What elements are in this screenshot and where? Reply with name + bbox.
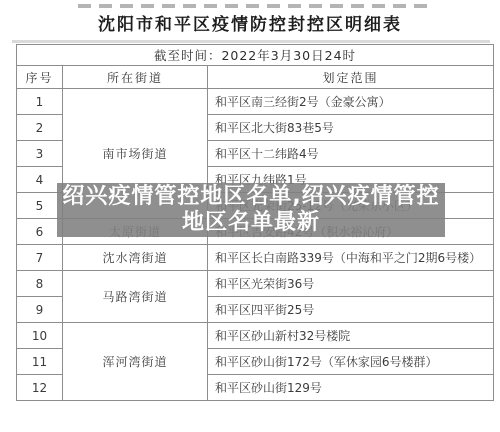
table-row: 1南市场街道和平区南三经街2号（金豪公寓） bbox=[17, 89, 494, 115]
range-cell: 和平区十二纬路4号 bbox=[208, 141, 494, 167]
row-index-cell: 8 bbox=[17, 271, 63, 297]
table-body: 1南市场街道和平区南三经街2号（金豪公寓）2和平区北大街83巷5号3和平区十二纬… bbox=[17, 89, 494, 401]
range-cell: 和平区四平街25号 bbox=[208, 297, 494, 323]
watermark-line2: 地区名单最新 bbox=[57, 210, 445, 236]
row-index-cell: 7 bbox=[17, 245, 63, 271]
range-cell: 和平区光荣街36号 bbox=[208, 271, 494, 297]
cropped-text-artifact bbox=[78, 4, 434, 8]
page-title: 沈阳市和平区疫情防控封控区明细表 bbox=[0, 10, 500, 35]
row-index-cell: 1 bbox=[17, 89, 63, 115]
range-cell: 和平区长白南路339号（中海和平之门2期6号楼） bbox=[208, 245, 494, 271]
watermark-overlay: 绍兴疫情管控地区名单,绍兴疫情管控 地区名单最新 bbox=[57, 183, 445, 237]
row-index-cell: 2 bbox=[17, 115, 63, 141]
as-of-time: 截至时间：2022年3月30日24时 bbox=[17, 45, 494, 66]
row-index-cell: 3 bbox=[17, 141, 63, 167]
watermark-line1: 绍兴疫情管控地区名单,绍兴疫情管控 bbox=[57, 184, 445, 210]
range-cell: 和平区砂山街172号（军休家园6号楼群） bbox=[208, 349, 494, 375]
row-index-cell: 4 bbox=[17, 167, 63, 193]
row-index-cell: 6 bbox=[17, 219, 63, 245]
row-index-cell: 12 bbox=[17, 375, 63, 401]
range-cell: 和平区北大街83巷5号 bbox=[208, 115, 494, 141]
separator-band bbox=[12, 40, 490, 43]
street-cell: 马路湾街道 bbox=[63, 271, 208, 323]
row-index-cell: 11 bbox=[17, 349, 63, 375]
col-header-range: 划定范围 bbox=[208, 66, 494, 89]
page: 沈阳市和平区疫情防控封控区明细表 截至时间：2022年3月30日24时 序号 所… bbox=[0, 0, 500, 432]
table-row: 8马路湾街道和平区光荣街36号 bbox=[17, 271, 494, 297]
row-index-cell: 9 bbox=[17, 297, 63, 323]
range-cell: 和平区南三经街2号（金豪公寓） bbox=[208, 89, 494, 115]
row-index-cell: 5 bbox=[17, 193, 63, 219]
table-row: 7沈水湾街道和平区长白南路339号（中海和平之门2期6号楼） bbox=[17, 245, 494, 271]
col-header-street: 所在街道 bbox=[63, 66, 208, 89]
row-index-cell: 10 bbox=[17, 323, 63, 349]
street-cell: 浑河湾街道 bbox=[63, 323, 208, 401]
header-row: 序号 所在街道 划定范围 bbox=[17, 66, 494, 89]
col-header-index: 序号 bbox=[17, 66, 63, 89]
range-cell: 和平区砂山新村32号楼院 bbox=[208, 323, 494, 349]
range-cell: 和平区砂山街129号 bbox=[208, 375, 494, 401]
as-of-row: 截至时间：2022年3月30日24时 bbox=[17, 45, 494, 66]
street-cell: 沈水湾街道 bbox=[63, 245, 208, 271]
table-row: 10浑河湾街道和平区砂山新村32号楼院 bbox=[17, 323, 494, 349]
